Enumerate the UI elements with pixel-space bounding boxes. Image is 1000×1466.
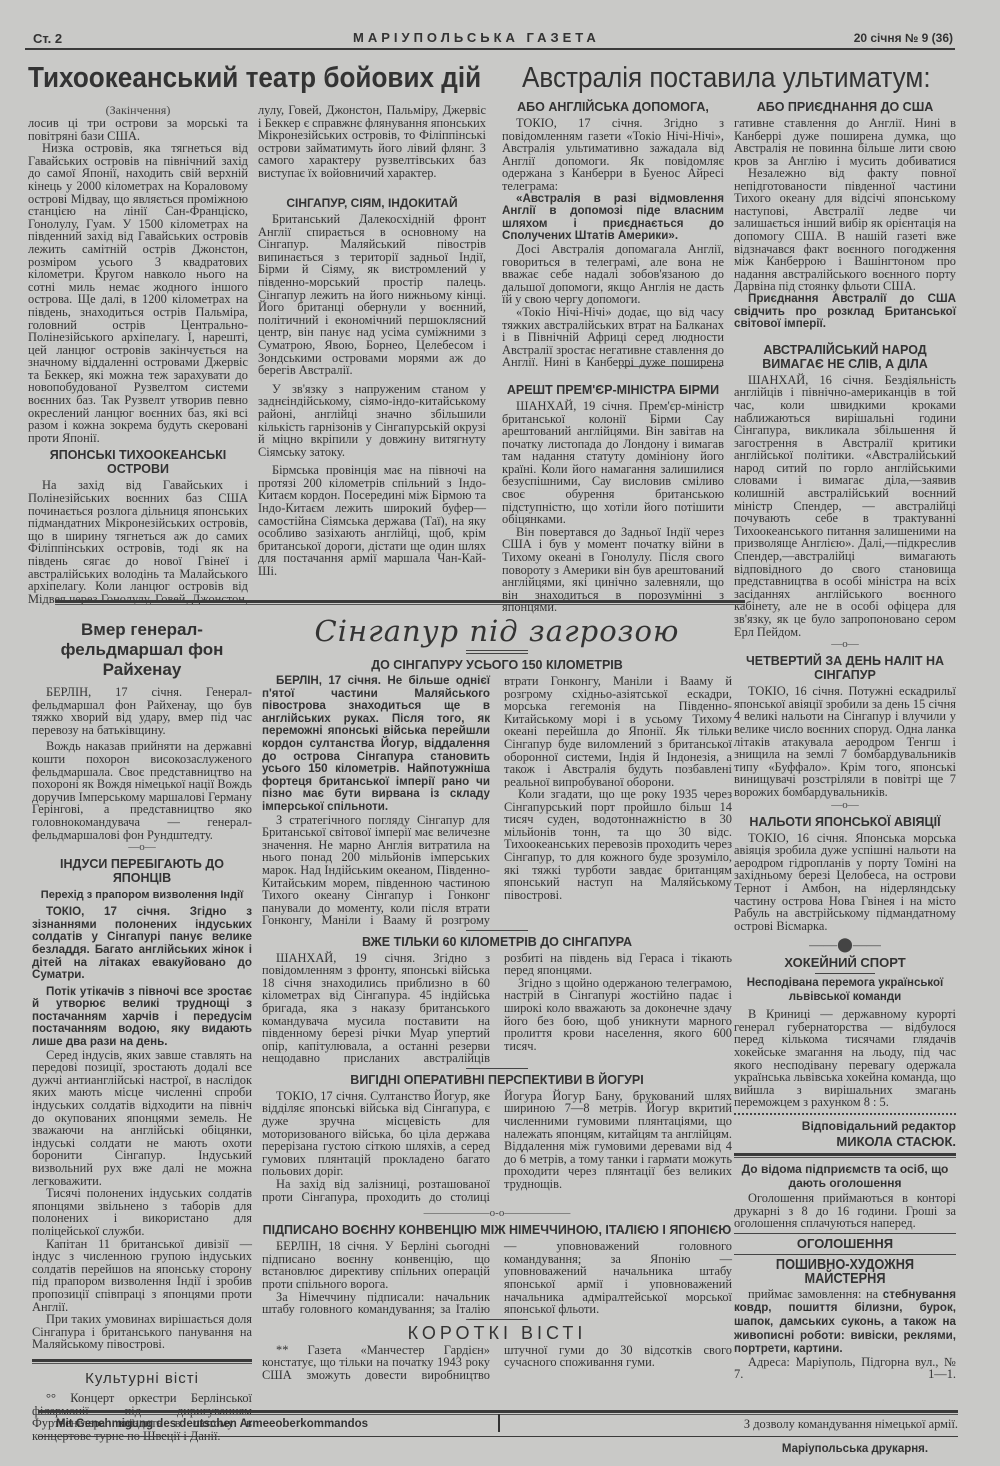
short-news-headline: КОРОТКІ ВІСТІ <box>262 1323 732 1344</box>
ornament-separator-icon: ——————o-o—————— <box>262 1207 732 1219</box>
air-raids-headline: НАЛЬОТИ ЯПОНСЬКОЇ АВІЯЦІЇ <box>734 815 956 829</box>
divider <box>734 1153 956 1158</box>
paragraph: Незалежно від факту повної непідготовано… <box>734 167 956 293</box>
short-news-columns: ** Газета «Манчестер Гардієн» констатує,… <box>262 1344 732 1382</box>
paragraph: лулу, Говей, Джонстон, Пальміру, Джервіс… <box>258 104 486 192</box>
conclusion-paragraph: Приєднання Австралії до США свідчить про… <box>734 293 956 331</box>
singapore-headline: Сінгапур під загрозою <box>262 614 732 648</box>
divider <box>466 1068 528 1069</box>
paragraph: Бірмська провінція має на півночі на про… <box>258 464 486 577</box>
bold-paragraph: ТОКІО, 17 січня. Згідно з зізнаннями пол… <box>32 906 252 982</box>
paragraph: Капітан 11 британської дивізії — індус з… <box>32 1238 252 1314</box>
separator: —о— <box>734 638 956 650</box>
paragraph: «Токіо Нічі-Нічі» додає, що від часу тяж… <box>502 306 724 369</box>
fourth-raid-headline: ЧЕТВЕРТИЙ ЗА ДЕНЬ НАЛІТ НА СІНГАПУР <box>734 654 956 682</box>
printer-name: Маріупольська друкарня. <box>760 1442 950 1456</box>
paragraph: На захід від Гавайських і Полінезійських… <box>28 479 248 605</box>
ads-section-title: ОГОЛОШЕННЯ <box>734 1237 956 1251</box>
paragraph: БЕРЛІН, 17 січня. Генерал-фельдмаршал фо… <box>32 686 252 736</box>
bold-paragraph: БЕРЛІН, 17 січня. Не більше однієї п'ято… <box>262 675 490 814</box>
footer-divider <box>498 1414 500 1432</box>
page-number: Ст. 2 <box>33 31 62 46</box>
australia-sub-left: АБО АНГЛІЙСЬКА ДОПОМОГА, <box>502 100 724 114</box>
bold-paragraph: Потік утікачів з півночі все зростає й у… <box>32 986 252 1049</box>
singapore-sub3-columns: ТОКІО, 17 січня. Султанство Йогур, яке в… <box>262 1090 732 1203</box>
paragraph: ШАНХАЙ, 16 січня. Бездіяльність англійці… <box>734 374 956 638</box>
australia-headline: Австралія поставила ультиматум: <box>522 62 927 95</box>
ad-code: 1—1. <box>914 1368 956 1381</box>
paragraph: Британський Далекосхідній фронт Англії с… <box>258 213 486 377</box>
issue-date: 20 січня № 9 (36) <box>854 31 953 45</box>
subheading-japanese-islands: ЯПОНСЬКІ ТИХООКЕАНСЬКІ ОСТРОВИ <box>28 448 248 476</box>
newspaper-title: МАРІУПОЛЬСЬКА ГАЗЕТА <box>353 30 600 45</box>
australia-col2: АБО ПРИЄДНАННЯ ДО США гативне ставлення … <box>734 100 956 1381</box>
australia-col1: АБО АНГЛІЙСЬКА ДОПОМОГА, ТОКІО, 17 січня… <box>502 100 724 614</box>
reichenau-headline: Вмер генерал-фельдмаршал фон Райхенау <box>32 620 252 680</box>
convention-headline: ПІДПИСАНО ВОЄННУ КОНВЕНЦІЮ МІЖ НІМЕЧЧИНО… <box>262 1223 732 1237</box>
footer-rule-bottom <box>38 1436 958 1437</box>
column: втрати Гонконгу, Маніли і Вааму й розгро… <box>504 675 732 927</box>
separator: —о— <box>32 841 252 853</box>
separator: —о— <box>734 799 956 811</box>
paragraph: гативне ставлення до Англії. Нині в Канб… <box>734 117 956 167</box>
paragraph: ТОКІО, 16 січня. Японська морська авіяці… <box>734 832 956 933</box>
singapore-sub2: ВЖЕ ТІЛЬКИ 60 КІЛОМЕТРІВ ДО СІНГАПУРА <box>262 935 732 949</box>
paragraph: ТОКІО, 16 січня. Потужні ескадрильї япон… <box>734 685 956 798</box>
australia-sub-right: АБО ПРИЄДНАННЯ ДО США <box>734 100 956 114</box>
singapore-sub1: ДО СІНГАПУРУ УСЬОГО 150 КІЛОМЕТРІВ <box>262 658 732 672</box>
paragraph: Низка островів, яка тягнеться від Гавайс… <box>28 142 248 444</box>
masthead: Ст. 2 МАРІУПОЛЬСЬКА ГАЗЕТА 20 січня № 9 … <box>33 28 953 48</box>
ornament-separator-icon: ——⬤—— <box>734 940 956 952</box>
paragraph: Вождь наказав прийняти на державні кошти… <box>32 740 252 841</box>
paragraph: лосив ці три острови за морські та повіт… <box>28 117 248 142</box>
paragraph: ТОКІО, 17 січня. Султанство Йогур, яке в… <box>262 1090 490 1178</box>
masthead-rule <box>25 48 955 50</box>
paragraph: Оголошення приймаються в конторі друкарн… <box>734 1192 956 1230</box>
ad-intro: приймає замовлення: на <box>748 1287 878 1301</box>
paragraph: При таких умовинах вирішається доля Сінг… <box>32 1313 252 1351</box>
paragraph: В Криниці — державному курорті генерал г… <box>734 1008 956 1109</box>
quote-paragraph: «Австралія в разі відмовлення Англії в д… <box>502 193 724 243</box>
paragraph: У зв'язку з напруженим станом у заднєінд… <box>258 383 486 459</box>
paragraph: Серед індусів, яких завше ставлять на пе… <box>32 1049 252 1188</box>
divider <box>734 1113 956 1115</box>
divider <box>466 1319 528 1320</box>
divider <box>32 1359 252 1364</box>
hindus-subheadline: Перехід з прапором визволення Індії <box>32 888 252 902</box>
divider <box>734 1254 956 1255</box>
singapore-feature: Сінгапур під загрозою ДО СІНГАПУРУ УСЬОГ… <box>262 614 732 1382</box>
paragraph: ТОКІО, 17 січня. Згідно з повідомленням … <box>502 117 724 193</box>
pacific-headline-box: Тихоокеанський театр бойових дій <box>28 62 498 95</box>
editor-name: МИКОЛА СТАСЮК. <box>734 1135 956 1149</box>
hindus-headline: ІНДУСИ ПЕРЕБІГАЮТЬ ДО ЯПОНЦІВ <box>32 857 252 885</box>
paragraph: Згідно з щойно одержаною телеграмою, нас… <box>504 977 732 1053</box>
paragraph: ШАНХАЙ, 19 січня. Прем'єр-міністр британ… <box>502 400 724 526</box>
ad-title: ПОШИВНО-ХУДОЖНЯ МАЙСТЕРНЯ <box>751 1258 940 1286</box>
divider <box>466 650 528 654</box>
editor-label: Відповідальний редактор <box>734 1119 956 1133</box>
continuation-label: (Закінчення) <box>28 104 248 116</box>
culture-headline: Культурні вісті <box>32 1372 252 1386</box>
paragraph: З стратегічного погляду Сінгапур для Бри… <box>262 814 490 927</box>
divider <box>734 1233 956 1234</box>
divider <box>815 973 875 974</box>
column: БЕРЛІН, 17 січня. Не більше однієї п'ято… <box>262 675 490 927</box>
hockey-subheadline: Несподівана перемога української львівсь… <box>734 976 956 1004</box>
convention-columns: БЕРЛІН, 18 січня. У Берліні сьогодні під… <box>262 1240 732 1316</box>
singapore-sub2-columns: ШАНХАЙ, 19 січня. Згідно з повідомленням… <box>262 952 732 1065</box>
paragraph: Досі Австралія допомагала Англії, говори… <box>502 243 724 306</box>
pacific-col2: лулу, Говей, Джонстон, Пальміру, Джервіс… <box>258 104 486 578</box>
paragraph: Коли згадати, що ще року 1935 через Сінг… <box>504 788 732 901</box>
pacific-headline: Тихоокеанський театр бойових дій <box>28 62 451 95</box>
singapore-sub3: ВИГІДНІ ОПЕРАТИВНІ ПЕРСПЕКТИВИ В ЙОГУРІ <box>262 1073 732 1087</box>
newspaper-page: Ст. 2 МАРІУПОЛЬСЬКА ГАЗЕТА 20 січня № 9 … <box>0 0 1000 1466</box>
notice-headline: До відома підприємств та осіб, що дають … <box>734 1162 956 1190</box>
paragraph: Тисячі полонених індуських солдатів япон… <box>32 1187 252 1237</box>
aus-people-headline: АВСТРАЛІЙСЬКИЙ НАРОД ВИМАГАЄ НЕ СЛІВ, А … <box>734 343 956 371</box>
section-divider <box>55 600 745 605</box>
singapore-sub1-columns: БЕРЛІН, 17 січня. Не більше однієї п'ято… <box>262 675 732 927</box>
paragraph: БЕРЛІН, 18 січня. У Берліні сьогодні під… <box>262 1240 490 1290</box>
divider <box>622 366 722 367</box>
australia-headline-box: Австралія поставила ультиматум: <box>522 62 972 95</box>
divider <box>466 930 528 931</box>
paragraph: ** Газета «Манчестер Гардієн» констатує,… <box>262 1344 732 1382</box>
burma-headline: АРЕШТ ПРЕМ'ЄР-МІНІСТРА БІРМИ <box>502 383 724 397</box>
footer-ukrainian-permission: З дозволу командування німецької армії. <box>640 1418 958 1431</box>
paragraph: втрати Гонконгу, Маніли і Вааму й розгро… <box>504 675 732 788</box>
footer-german-permission: Mit Genehmigung des deutschen Armeeoberk… <box>56 1418 368 1430</box>
subheading-singapore-siam: СІНГАПУР, СІЯМ, ІНДОКИТАЙ <box>258 196 486 210</box>
left-lower-col: Вмер генерал-фельдмаршал фон Райхенау БЕ… <box>32 616 252 1442</box>
pacific-col1: (Закінчення) лосив ці три острови за мор… <box>28 104 248 605</box>
hockey-headline: ХОКЕЙНИЙ СПОРТ <box>734 956 956 970</box>
